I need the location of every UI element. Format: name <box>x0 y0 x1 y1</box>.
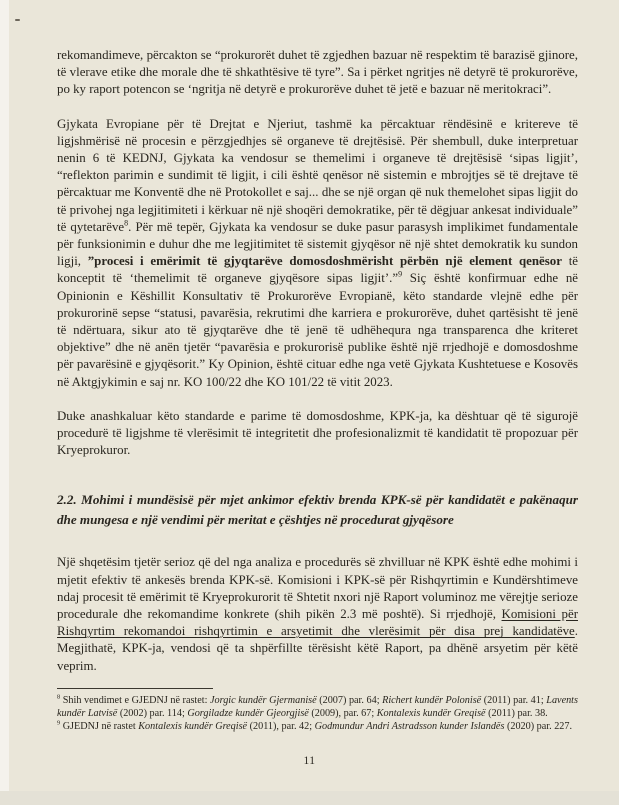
section-heading-2-2: 2.2. Mohimi i mundësisë për mjet ankimor… <box>57 490 578 530</box>
footnote-8: 8 Shih vendimet e GJEDNJ në rastet: Jorg… <box>57 694 578 720</box>
paragraph-recommendations: rekomandimeve, përcakton se “prokurorët … <box>57 47 578 99</box>
footnote-9: 9 GJEDNJ në rastet Kontalexis kundër Gre… <box>57 720 578 733</box>
page-body: rekomandimeve, përcakton se “prokurorët … <box>57 47 578 734</box>
scanned-document-page: rekomandimeve, përcakton se “prokurorët … <box>0 0 619 805</box>
page-number: 11 <box>0 755 619 767</box>
paragraph-kpk-failure: Duke anashkaluar këto standarde e parime… <box>57 408 578 460</box>
paragraph-echr-standards: Gjykata Evropiane për të Drejtat e Njeri… <box>57 116 578 391</box>
scan-edge-bottom <box>0 791 619 805</box>
scan-artifact-mark <box>15 19 20 21</box>
scan-edge-left <box>0 0 9 805</box>
paragraph-appeal-concern: Një shqetësim tjetër serioz që del nga a… <box>57 554 578 674</box>
footnote-separator <box>57 688 213 689</box>
